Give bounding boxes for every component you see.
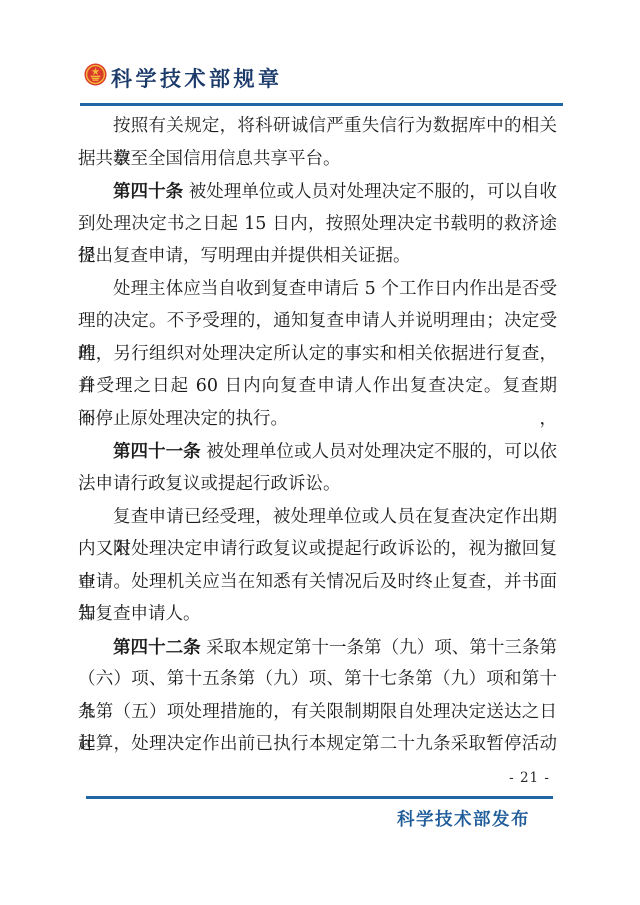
document-page: 科学技术部规章 按照有关规定，将科研诚信严重失信行为数据库中的相关数据共享至全国… [0, 0, 640, 905]
text-line: （六）项、第十五条第（九）项、第十七条第（九）项和第十九 [78, 663, 557, 696]
china-national-emblem-icon [84, 63, 107, 86]
text-line: 的，另行组织对处理决定所认定的事实和相关依据进行复查，并 [78, 338, 557, 371]
line-text: 被处理单位或人员对处理决定不服的，可以依 [201, 442, 557, 462]
header-rule [80, 103, 563, 106]
text-line: 按照有关规定，将科研诚信严重失信行为数据库中的相关数 [78, 110, 557, 143]
document-body: 按照有关规定，将科研诚信严重失信行为数据库中的相关数据共享至全国信用信息共享平台… [78, 110, 557, 761]
text-line: 第四十二条 采取本规定第十一条第（九）项、第十三条第 [78, 631, 557, 664]
text-line: 内又对处理决定申请行政复议或提起行政诉讼的，视为撤回复查 [78, 533, 557, 566]
text-line: 计算，处理决定作出前已执行本规定第二十九条采取暂停活动 [78, 728, 557, 761]
text-line: 理的决定。不予受理的，通知复查申请人并说明理由；决定受理 [78, 305, 557, 338]
text-line: 据共享至全国信用信息共享平台。 [78, 143, 557, 176]
text-line: 处理主体应当自收到复查申请后 5 个工作日内作出是否受 [78, 273, 557, 306]
header-title: 科学技术部规章 [111, 63, 283, 93]
text-line: 知复查申请人。 [78, 598, 557, 631]
page-number: - 21 - [509, 770, 550, 786]
text-line: 第四十条 被处理单位或人员对处理决定不服的，可以自收 [78, 175, 557, 208]
text-line: 申请。处理机关应当在知悉有关情况后及时终止复查，并书面告 [78, 566, 557, 599]
text-line: 提出复查申请，写明理由并提供相关证据。 [78, 240, 557, 273]
publisher-label: 科学技术部发布 [397, 806, 530, 831]
text-line: 到处理决定书之日起 15 日内，按照处理决定书载明的救济途径 [78, 208, 557, 241]
text-line: 法申请行政复议或提起行政诉讼。 [78, 468, 557, 501]
article-number: 第四十二条 [113, 637, 201, 657]
article-number: 第四十一条 [113, 441, 201, 461]
footer-rule [86, 796, 553, 799]
article-number: 第四十条 [113, 181, 183, 201]
text-line: 第四十一条 被处理单位或人员对处理决定不服的，可以依 [78, 435, 557, 468]
line-text: 采取本规定第十一条第（九）项、第十三条第 [201, 638, 557, 658]
line-text: 被处理单位或人员对处理决定不服的，可以自收 [183, 182, 557, 202]
text-line: 条第（五）项处理措施的，有关限制期限自处理决定送达之日起 [78, 696, 557, 729]
text-line: 自受理之日起 60 日内向复查申请人作出复查决定。复查期间， [78, 370, 557, 403]
text-line: 复查申请已经受理，被处理单位或人员在复查决定作出期限 [78, 501, 557, 534]
